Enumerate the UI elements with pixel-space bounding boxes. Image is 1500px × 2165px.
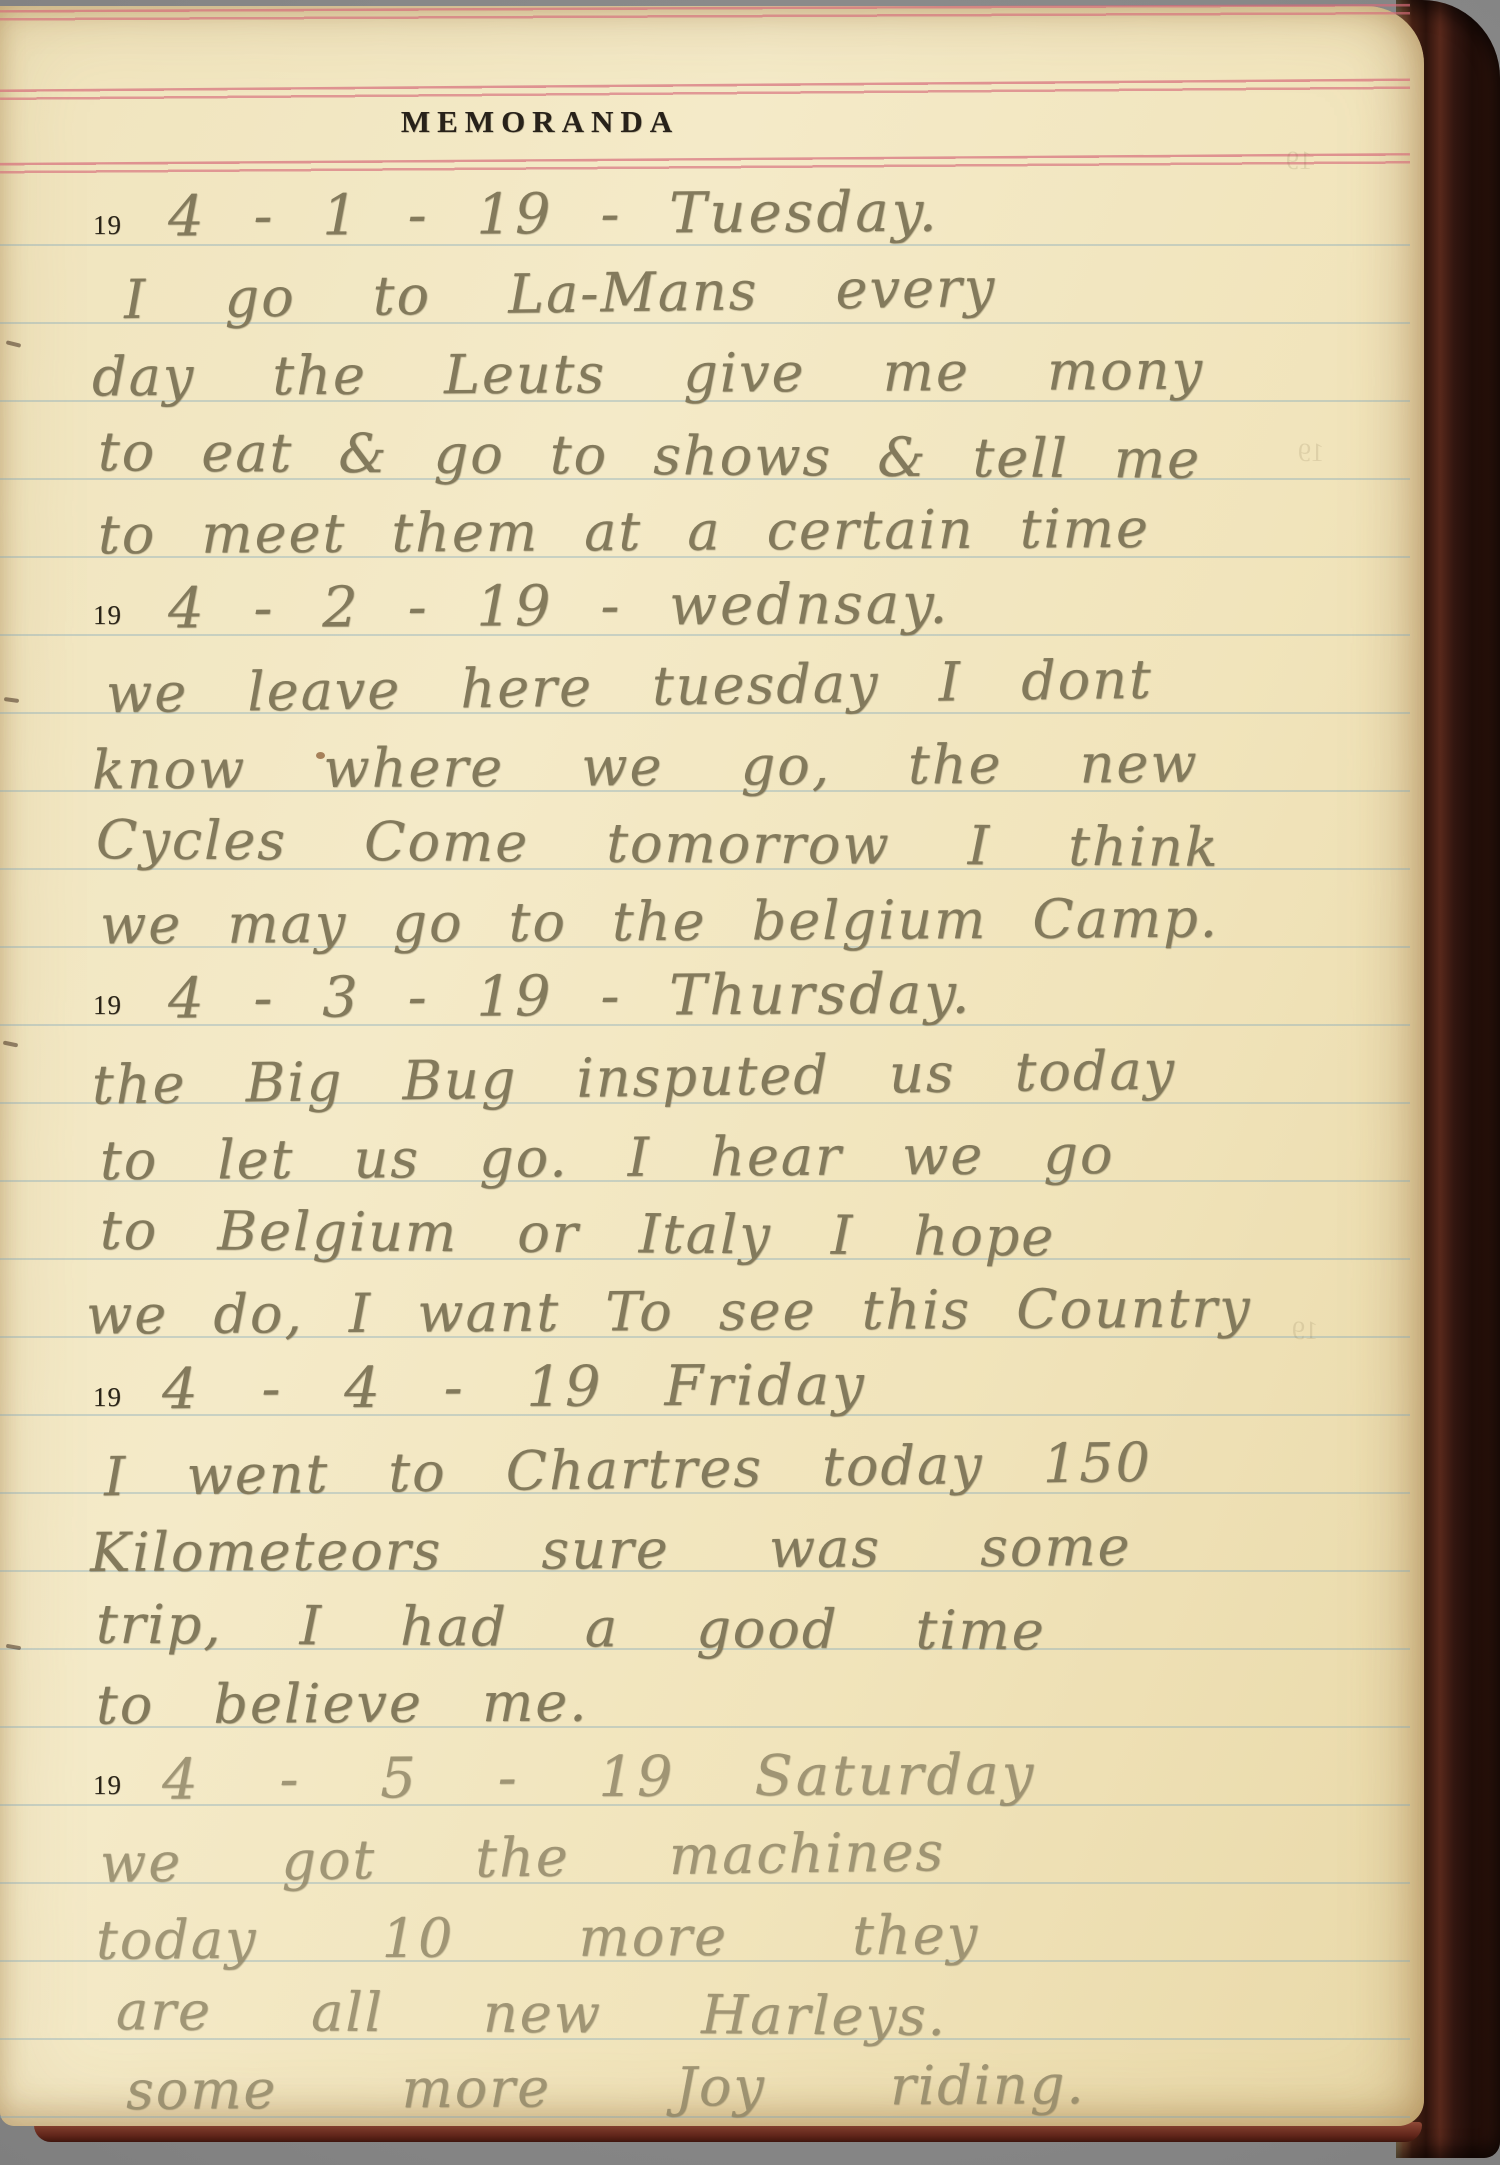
margin-year-label: 19 <box>93 1770 122 1801</box>
handwriting-line: to Belgium or Italy I hope <box>100 1199 1056 1269</box>
entry-date-line: 4 - 1 - 19 - Tuesday. <box>168 180 940 250</box>
handwriting-line: Cycles Come tomorrow I think <box>96 808 1220 879</box>
margin-year-label: 19 <box>93 990 122 1021</box>
margin-year-label: 19 <box>93 600 122 631</box>
handwriting-line: to believe me. <box>96 1670 589 1736</box>
handwriting-line: trip, I had a good time <box>96 1593 1046 1663</box>
margin-year-label: 19 <box>93 1382 122 1413</box>
handwriting-line: we got the machines <box>100 1820 946 1895</box>
handwriting-line: some more Joy riding. <box>126 2053 1086 2122</box>
show-through-page-number: 19 <box>1298 438 1324 468</box>
handwriting-line: we may go to the belgium Camp. <box>100 887 1219 957</box>
handwriting-line: Kilometeors sure was some <box>90 1515 1132 1584</box>
handwriting-line: to eat & go to shows & tell me <box>98 420 1202 491</box>
handwriting-line: to let us go. I hear we go <box>100 1123 1115 1192</box>
memoranda-header: MEMORANDA <box>0 104 1080 140</box>
entry-date-line: 4 - 2 - 19 - wednsay. <box>168 572 951 642</box>
entry-date-line: 4 - 5 - 19 Saturday <box>162 1742 1037 1812</box>
show-through-page-number: 19 <box>1286 146 1312 176</box>
entry-date-line: 4 - 3 - 19 - Thursday. <box>168 962 973 1032</box>
handwriting-line: I go to La-Mans every <box>124 256 997 331</box>
handwriting-line: today 10 more they <box>96 1903 979 1971</box>
scanner-background: MEMORANDA 19 19 19 19 4 - 1 - 19 - Tuesd… <box>0 0 1500 2165</box>
handwriting-line: day the Leuts give me mony <box>92 339 1204 409</box>
handwriting-line: are all new Harleys. <box>116 1979 947 2048</box>
margin-year-label: 19 <box>93 210 122 241</box>
handwriting-line: we do, I want To see this Country <box>86 1276 1252 1346</box>
handwriting-line: to meet them at a certain time <box>98 497 1150 566</box>
show-through-page-number: 19 <box>1292 1316 1318 1346</box>
handwriting-line: know where we go, the new <box>92 732 1199 802</box>
entry-date-line: 4 - 4 - 19 Friday <box>162 1353 867 1422</box>
